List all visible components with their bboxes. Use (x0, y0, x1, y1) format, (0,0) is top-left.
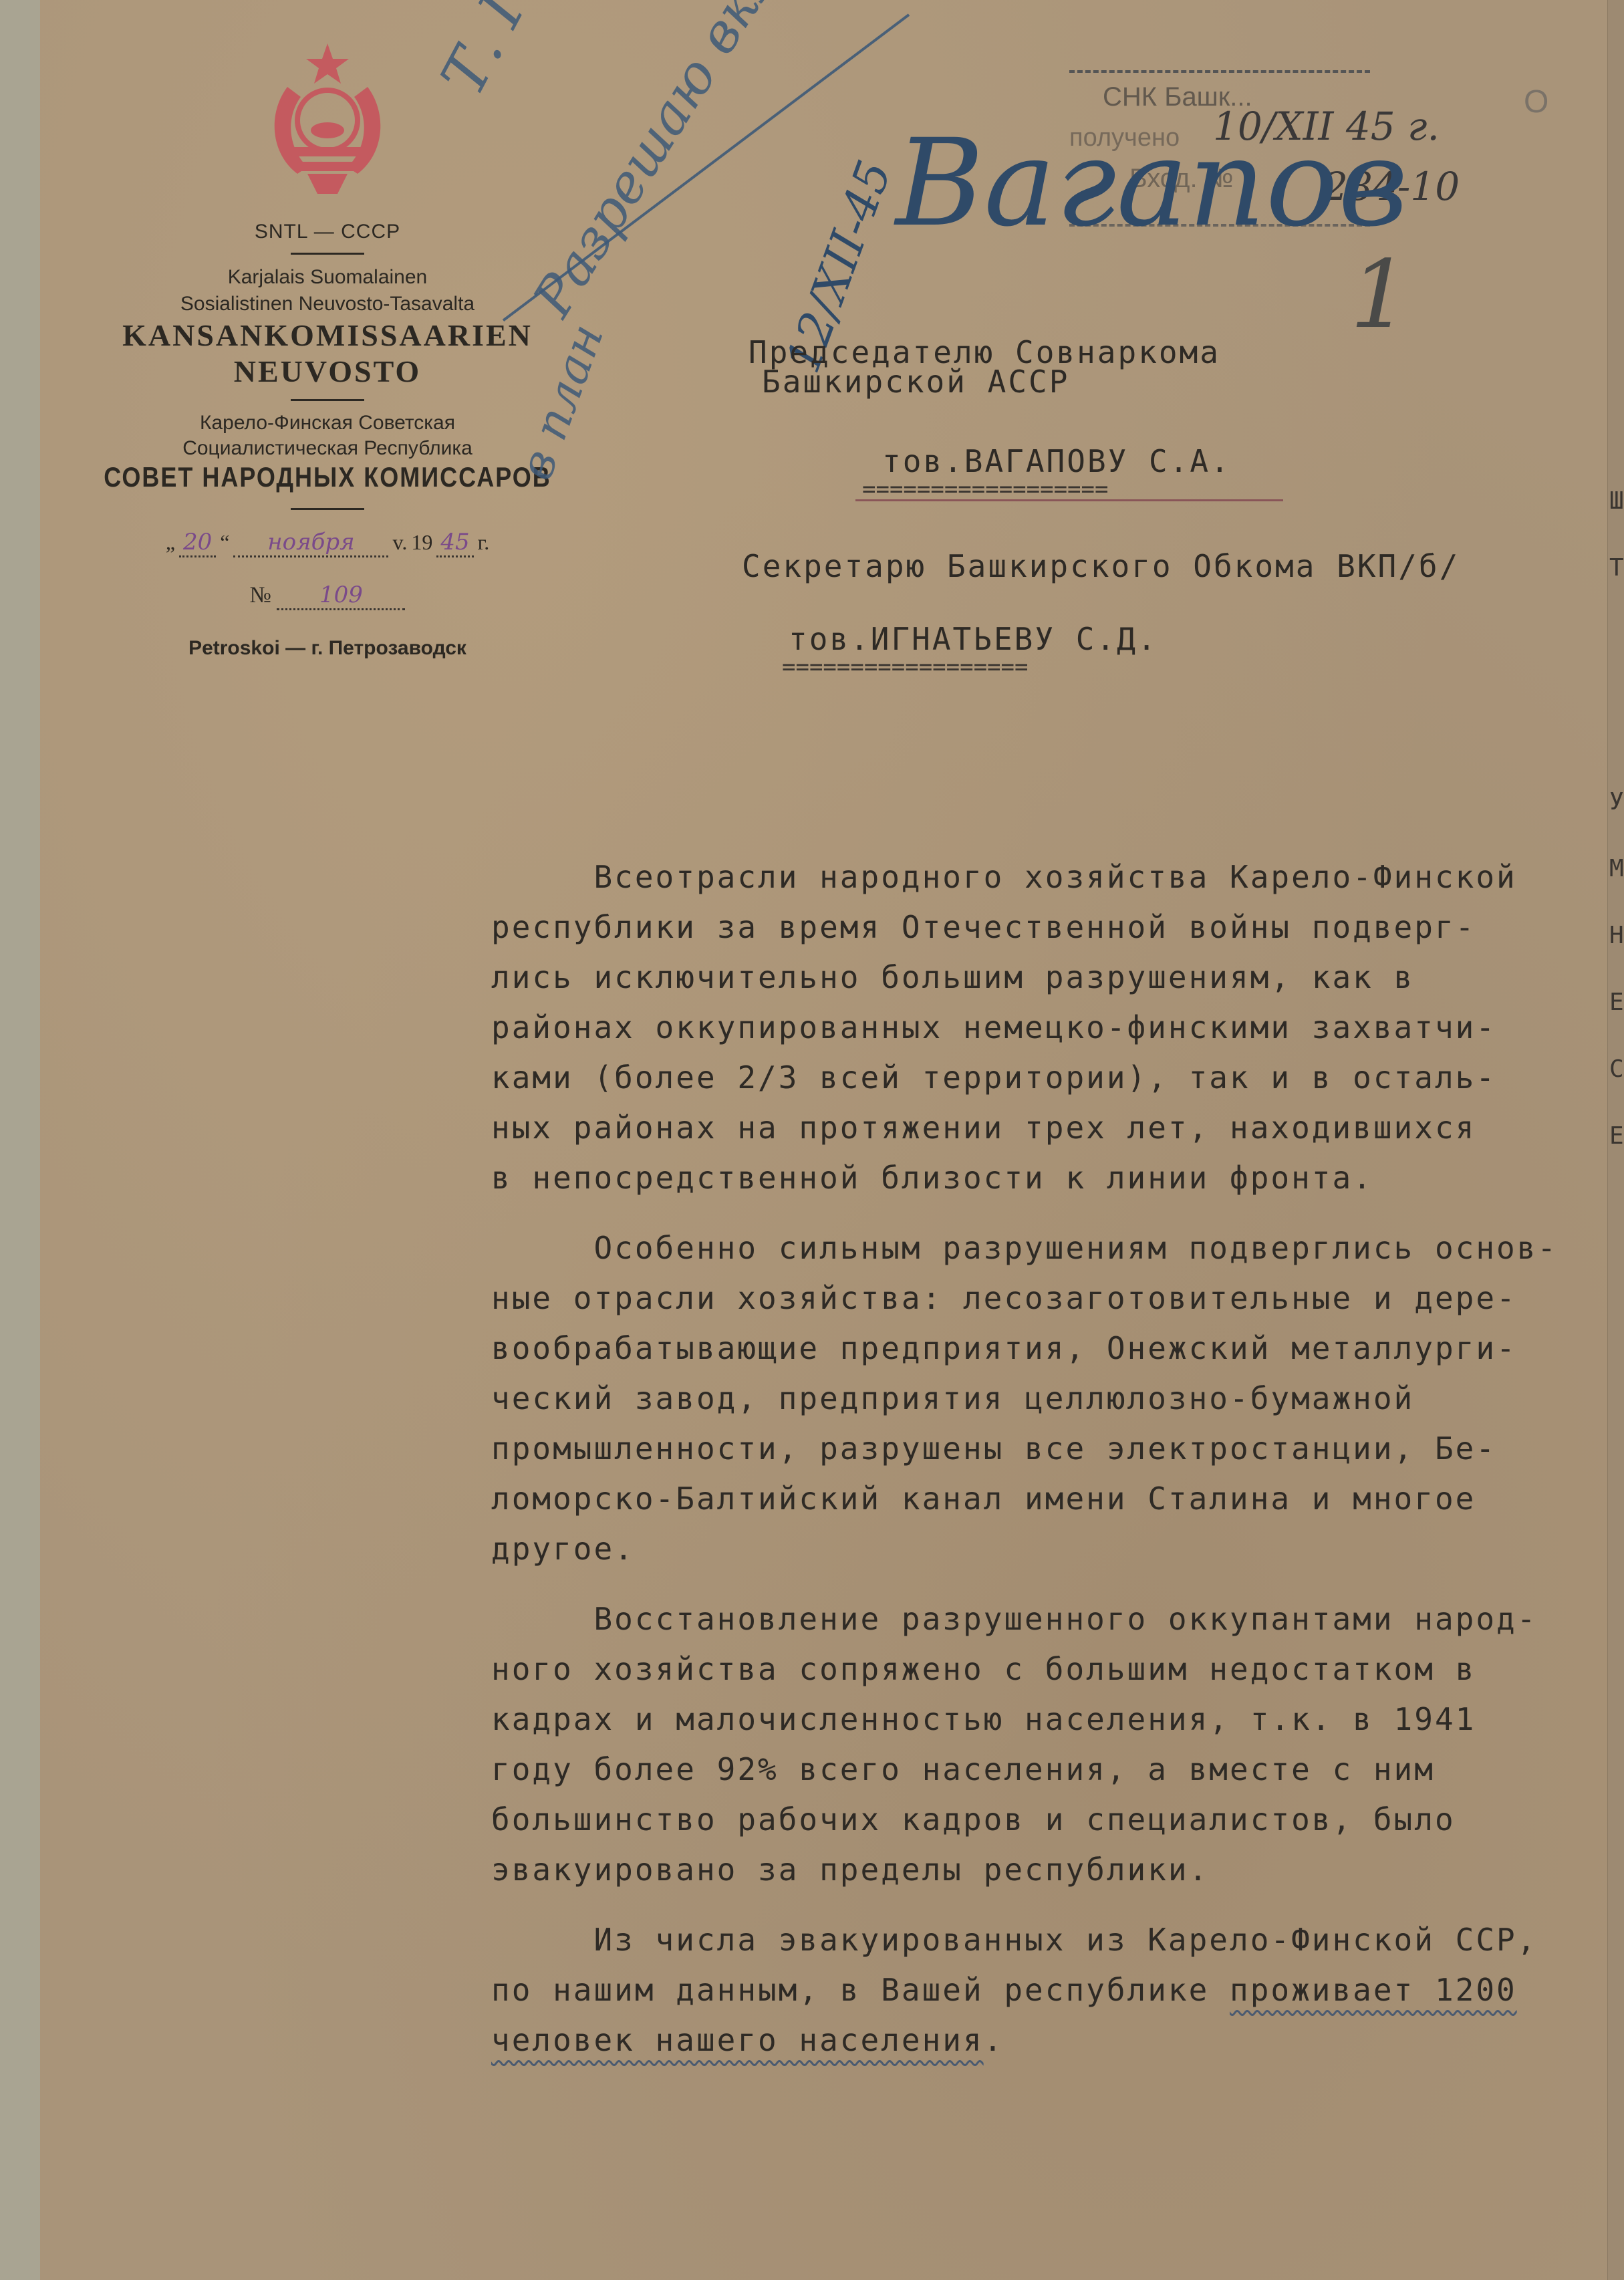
date-day: 20 (183, 529, 212, 555)
paragraph-4: Из числа эвакуированных из Карело-Финско… (491, 1915, 1614, 2065)
body-line: ные отрасли хозяйства: лесозаготовительн… (491, 1273, 1614, 1323)
body-line: по нашим данным, в Вашей республике прож… (491, 1965, 1614, 2015)
date-close-quote: “ (220, 530, 229, 555)
date-v: v. (392, 530, 407, 555)
addressee-1: Председателю Совнаркома Башкирской АССР … (749, 338, 1283, 501)
date-open-quote: „ (166, 530, 175, 555)
paragraph-1: Всеотрасли народного хозяйства Карело-Фи… (491, 852, 1614, 1203)
body-line: ных районах на протяжении трех лет, нахо… (491, 1103, 1614, 1153)
edge-letter: Ш (1609, 468, 1624, 535)
body-line: районах оккупированных немецко-финскими … (491, 1003, 1614, 1053)
stamp-corner-mark: О (1524, 84, 1548, 120)
number-field: 109 (277, 582, 405, 610)
body-line: в непосредственной близости к линии фрон… (491, 1153, 1614, 1203)
body-line: кадрах и малочисленностью населения, т.к… (491, 1694, 1614, 1745)
letter-number: № 109 (100, 582, 555, 610)
scanner-background-strip (0, 0, 40, 2280)
body-line: ного хозяйства сопряжено с большим недос… (491, 1644, 1614, 1694)
paragraph-3: Восстановление разрушенного оккупантами … (491, 1594, 1614, 1895)
addressee-2-line1: Секретарю Башкирского Обкома ВКП/б/ (742, 548, 1460, 584)
coat-of-arms-icon (261, 40, 394, 201)
letterhead-finnish-title2: NEUVOSTO (100, 354, 555, 390)
number-label: № (250, 583, 271, 608)
body-line: человек нашего населения. (491, 2015, 1614, 2065)
body-line: году более 92% всего населения, а вместе… (491, 1745, 1614, 1795)
letterhead-city: Petroskoi — г. Петрозаводск (100, 637, 555, 660)
body-line: эвакуировано за пределы республики. (491, 1845, 1614, 1895)
body-line: Из числа эвакуированных из Карело-Финско… (491, 1915, 1614, 1965)
letterhead-sntl: SNTL — CCCP (100, 221, 555, 243)
body-line: ческий завод, предприятия целлюлозно-бум… (491, 1374, 1614, 1424)
body-line: лись исключительно большим разрушениям, … (491, 953, 1614, 1003)
paragraph-2: Особенно сильным разрушениям подверглись… (491, 1223, 1614, 1574)
body-line: республики за время Отечественной войны … (491, 902, 1614, 953)
divider (291, 508, 364, 510)
edge-letter: У (1609, 769, 1624, 836)
addressee-2-name: тов.ИГНАТЬЕВУ С.Д. (789, 621, 1460, 657)
date-month: ноября (267, 529, 354, 555)
date-month-field: ноября (233, 529, 388, 557)
body-line: другое. (491, 1524, 1614, 1574)
underlined-fragment-1: проживает 1200 (1230, 1972, 1517, 2008)
body-line: вообрабатывающие предприятия, Онежский м… (491, 1323, 1614, 1374)
red-pencil-underline (855, 499, 1283, 501)
body-line: Всеотрасли народного хозяйства Карело-Фи… (491, 852, 1614, 902)
body-text-fragment: по нашим данным, в Вашей республике (491, 1972, 1230, 2008)
addressee-2: Секретарю Башкирского Обкома ВКП/б/ тов.… (742, 548, 1460, 677)
body-line: ломорско-Балтийский канал имени Сталина … (491, 1474, 1614, 1524)
letterhead-finnish-line2: Sosialistinen Neuvosto-Tasavalta (100, 291, 555, 318)
edge-letter: Т (1609, 535, 1624, 602)
date-year-prefix: 19 (411, 530, 432, 555)
addressee-1-name: тов.ВАГАПОВУ С.А. (882, 443, 1283, 479)
addressee-1-line2: Башкирской АССР (762, 367, 1283, 396)
letterhead-russian-line2: Социалистическая Республика (100, 436, 555, 461)
date-year-suffix: 45 (440, 529, 469, 555)
addressee-2-underline: ================== (782, 657, 1460, 677)
date-year-field: 45 (436, 529, 473, 557)
page-number-mark: 1 (1350, 241, 1409, 350)
letter-body: Всеотрасли народного хозяйства Карело-Фи… (491, 852, 1614, 2085)
letterhead-finnish-line1: Karjalais Suomalainen (100, 264, 555, 291)
body-line: Восстановление разрушенного оккупантами … (491, 1594, 1614, 1644)
body-line: большинство рабочих кадров и специалисто… (491, 1795, 1614, 1845)
underlined-fragment-2: человек нашего населения (491, 2022, 984, 2058)
body-line: ками (более 2/3 всей территории), так и … (491, 1053, 1614, 1103)
addressee-1-underline: ================== (862, 479, 1283, 499)
resolution-signature: Вагапов (896, 114, 1408, 253)
body-text-fragment: . (984, 2022, 1004, 2058)
divider (291, 253, 364, 255)
body-line: Особенно сильным разрушениям подверглись… (491, 1223, 1614, 1273)
addressee-1-line1: Председателю Совнаркома (749, 338, 1283, 367)
divider (291, 399, 364, 401)
letterhead-finnish-title1: KANSANKOMISSAARIEN (100, 318, 555, 354)
date-g: г. (478, 530, 490, 555)
body-line: промышленности, разрушены все электроста… (491, 1424, 1614, 1474)
letterhead: SNTL — CCCP Karjalais Suomalainen Sosial… (100, 40, 555, 660)
letterhead-russian-title: СОВЕТ НАРОДНЫХ КОМИССАРОВ (100, 459, 555, 495)
date-day-field: 20 (179, 529, 216, 557)
number-value: 109 (319, 582, 363, 608)
letterhead-russian-line1: Карело-Финская Советская (100, 410, 555, 436)
stamp-top-border (1069, 70, 1370, 73)
letter-date: „ 20 “ ноября v. 19 45 г. (100, 529, 555, 557)
